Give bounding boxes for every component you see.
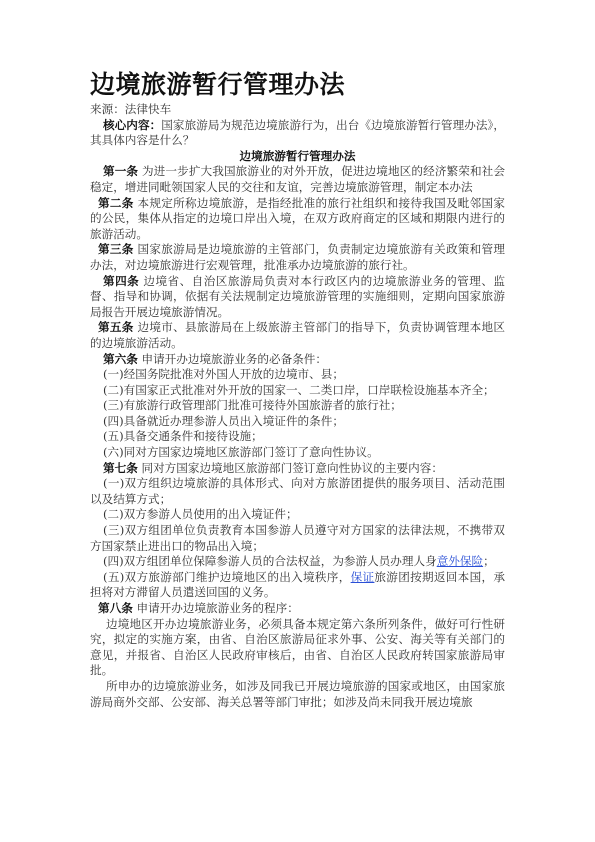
article-label: 第五条 xyxy=(98,320,134,334)
article-text: 同对方国家边境地区旅游部门签订意向性协议的主要内容： xyxy=(138,461,443,475)
art7-item-2: (二)双方参游人员使用的出入境证件； xyxy=(90,507,505,523)
article-1: 第一条 为进一步扩大我国旅游业的对外开放，促进边境地区的经济繁荣和社会稳定，增进… xyxy=(90,164,505,195)
article-8: 第八条 申请开办边境旅游业务的程序： xyxy=(90,601,505,617)
guarantee-link[interactable]: 保证 xyxy=(351,570,375,584)
document-page: 边境旅游暂行管理办法 来源：法律快车 核心内容：国家旅游局为规范边境旅游行为，出… xyxy=(90,70,505,710)
item-text: ； xyxy=(483,554,495,568)
article-label: 第一条 xyxy=(103,164,138,178)
art7-item-5: (五)双方旅游部门维护边境地区的出入境秩序，保证旅游团按期返回本国，承担将对方滞… xyxy=(90,570,505,601)
article-text: 边境市、县旅游局在上级旅游主管部门的指导下，负责协调管理本地区的边境旅游活动。 xyxy=(90,320,505,350)
article-label: 第二条 xyxy=(98,196,134,210)
core-label: 核心内容： xyxy=(103,118,161,132)
article-2: 第二条 本规定所称边境旅游，是指经批准的旅行社组织和接待我国及毗邻国家的公民，集… xyxy=(90,196,505,243)
article-text: 国家旅游局是边境旅游的主管部门，负责制定边境旅游有关政策和管理办法，对边境旅游进… xyxy=(90,242,505,272)
item-text: (四)双方组团单位保障参游人员的合法权益，为参游人员办理人身 xyxy=(103,554,437,568)
article-text: 为进一步扩大我国旅游业的对外开放，促进边境地区的经济繁荣和社会稳定，增进同毗领国… xyxy=(90,164,505,194)
article-6: 第六条 申请开办边境旅游业务的必备条件： xyxy=(90,352,505,368)
art6-item-5: (五)具备交通条件和接待设施； xyxy=(90,429,505,445)
article-5: 第五条 边境市、县旅游局在上级旅游主管部门的指导下，负责协调管理本地区的边境旅游… xyxy=(90,320,505,351)
article-label: 第四条 xyxy=(103,274,139,288)
article-label: 第六条 xyxy=(103,352,138,366)
art8-para-1: 边境地区开办边境旅游业务，必须具备本规定第六条所列条件，做好可行性研究，拟定的实… xyxy=(90,617,505,679)
article-label: 第八条 xyxy=(98,601,133,615)
article-7: 第七条 同对方国家边境地区旅游部门签订意向性协议的主要内容： xyxy=(90,461,505,477)
art7-item-4: (四)双方组团单位保障参游人员的合法权益，为参游人员办理人身意外保险； xyxy=(90,554,505,570)
art7-item-3: (三)双方组团单位负责教育本国参游人员遵守对方国家的法律法规，不携带双方国家禁止… xyxy=(90,523,505,554)
article-label: 第七条 xyxy=(103,461,138,475)
source-line: 来源：法律快车 xyxy=(90,102,505,118)
art6-item-4: (四)具备就近办理参游人员出入境证件的条件； xyxy=(90,414,505,430)
article-text: 本规定所称边境旅游，是指经批准的旅行社组织和接待我国及毗邻国家的公民，集体从指定… xyxy=(90,196,505,241)
article-4: 第四条 边境省、自治区旅游局负责对本行政区内的边境旅游业务的管理、监督、指导和协… xyxy=(90,274,505,321)
art8-para-2: 所申办的边境旅游业务，如涉及同我已开展边境旅游的国家或地区，由国家旅游局商外交部… xyxy=(90,679,505,710)
item-text: (五)双方旅游部门维护边境地区的出入境秩序， xyxy=(103,570,351,584)
art6-item-6: (六)同对方国家边境地区旅游部门签订了意向性协议。 xyxy=(90,445,505,461)
article-label: 第三条 xyxy=(98,242,134,256)
article-text: 申请开办边境旅游业务的必备条件： xyxy=(138,352,327,366)
article-3: 第三条 国家旅游局是边境旅游的主管部门，负责制定边境旅游有关政策和管理办法，对边… xyxy=(90,242,505,273)
art6-item-1: (一)经国务院批准对外国人开放的边境市、县； xyxy=(90,367,505,383)
art7-item-1: (一)双方组织边境旅游的具体形式、向对方旅游团提供的服务项目、活动范围以及结算方… xyxy=(90,476,505,507)
core-content: 核心内容：国家旅游局为规范边境旅游行为，出台《边境旅游暂行管理办法》，其具体内容… xyxy=(90,118,505,149)
section-heading: 边境旅游暂行管理办法 xyxy=(90,149,505,165)
article-text: 申请开办边境旅游业务的程序： xyxy=(133,601,299,615)
page-title: 边境旅游暂行管理办法 xyxy=(90,70,505,100)
art6-item-3: (三)有旅游行政管理部门批准可接待外国旅游者的旅行社； xyxy=(90,398,505,414)
art6-item-2: (二)有国家正式批准对外开放的国家一、二类口岸，口岸联检设施基本齐全； xyxy=(90,383,505,399)
article-text: 边境省、自治区旅游局负责对本行政区内的边境旅游业务的管理、监督、指导和协调，依据… xyxy=(90,274,505,319)
accident-insurance-link[interactable]: 意外保险 xyxy=(437,554,483,568)
